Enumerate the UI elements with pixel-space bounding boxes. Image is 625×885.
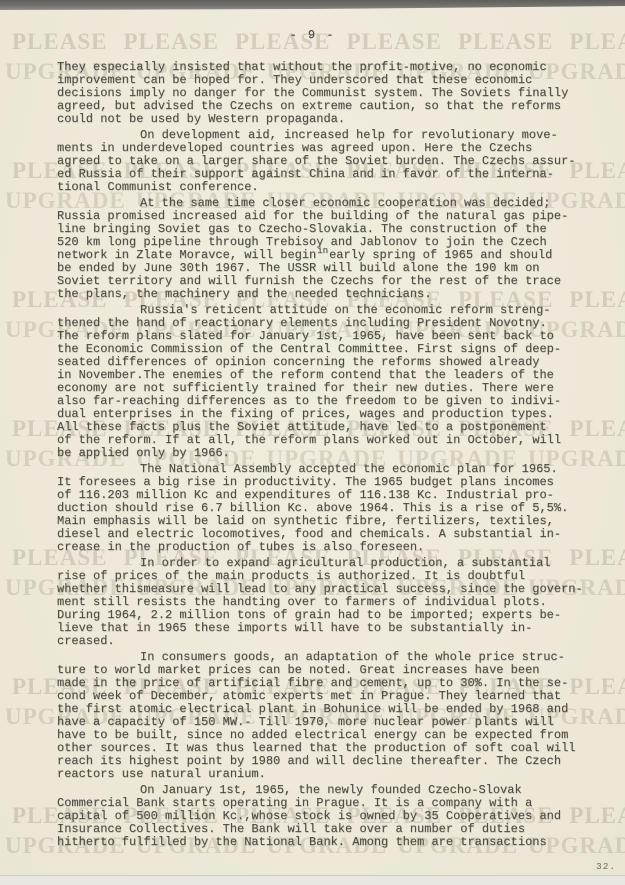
paragraph: They especially insisted that without th… [57, 61, 605, 126]
text-line: crease in the production of tubes is als… [57, 541, 605, 554]
text-line: be applied only by 1966. [57, 447, 605, 460]
text-line: lieve that in 1965 these imports will ha… [57, 622, 605, 635]
text-line: creased. [57, 635, 605, 648]
paragraph: At the same time closer economic coopera… [57, 197, 605, 301]
paragraph: In order to expand agricultural producti… [57, 557, 605, 648]
paragraph: On January 1st, 1965, the newly founded … [57, 784, 605, 849]
text-line: reactors use natural uranium. [57, 768, 605, 781]
paragraph: Russia's reticent attitude on the econom… [57, 304, 605, 460]
typed-insertion-above-line: in [316, 247, 329, 256]
scanned-document-page: PLEASEPLEASEPLEASEPLEASEPLEASEPLEASEUPGR… [0, 0, 625, 885]
page-header-number: - 9 - [0, 28, 625, 42]
corner-page-number: 32. [596, 861, 616, 872]
paragraph: On development aid, increased help for r… [57, 129, 605, 194]
text-line: hitherto fulfilled by the National Bank.… [57, 836, 605, 849]
text-line: tional Communist conference. [57, 181, 605, 194]
paragraph: The National Assembly accepted the econo… [57, 463, 605, 554]
paragraph: In consumers goods, an adaptation of the… [57, 651, 605, 781]
text-line: the plans, the machinery and the needed … [57, 288, 605, 301]
bottom-paper-edge [0, 875, 625, 885]
text-line: could not be used by Western propaganda. [57, 113, 605, 126]
document-body: They especially insisted that without th… [57, 61, 605, 852]
